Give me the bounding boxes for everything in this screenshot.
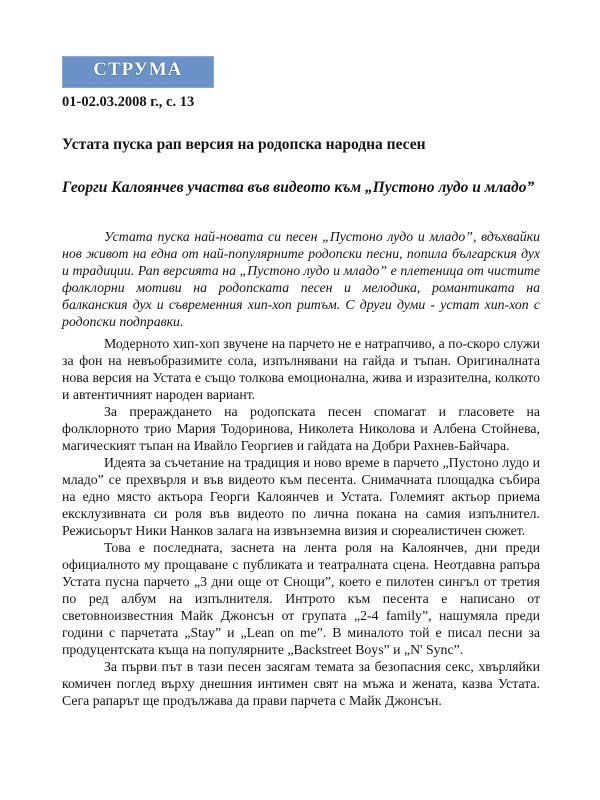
article-paragraph: Модерното хип-хоп звучене на парчето не …	[62, 335, 540, 403]
article-paragraph-lead: Устата пуска най-новата си песен „Пустон…	[62, 228, 540, 330]
newspaper-page: СТРУМА ·································…	[0, 0, 600, 800]
article-body: Устата пуска най-новата си песен „Пустон…	[62, 228, 540, 709]
article-subheadline: Георги Калоянчев участва във видеото към…	[62, 177, 540, 198]
article-paragraph: За прераждането на родопската песен спом…	[62, 403, 540, 454]
article-paragraph: За първи път в тази песен засягам темата…	[62, 658, 540, 709]
newspaper-logo-tagline: ········································…	[69, 80, 207, 85]
article-paragraph: Идеята за съчетание на традиция и ново в…	[62, 454, 540, 539]
article-headline: Устата пуска рап версия на родопска наро…	[62, 135, 540, 155]
article-paragraph: Това е последната, заснета на лента роля…	[62, 539, 540, 658]
newspaper-logo: СТРУМА ·································…	[62, 56, 214, 88]
newspaper-logo-text: СТРУМА	[69, 60, 207, 79]
issue-date-page-reference: 01-02.03.2008 г., с. 13	[62, 93, 540, 111]
